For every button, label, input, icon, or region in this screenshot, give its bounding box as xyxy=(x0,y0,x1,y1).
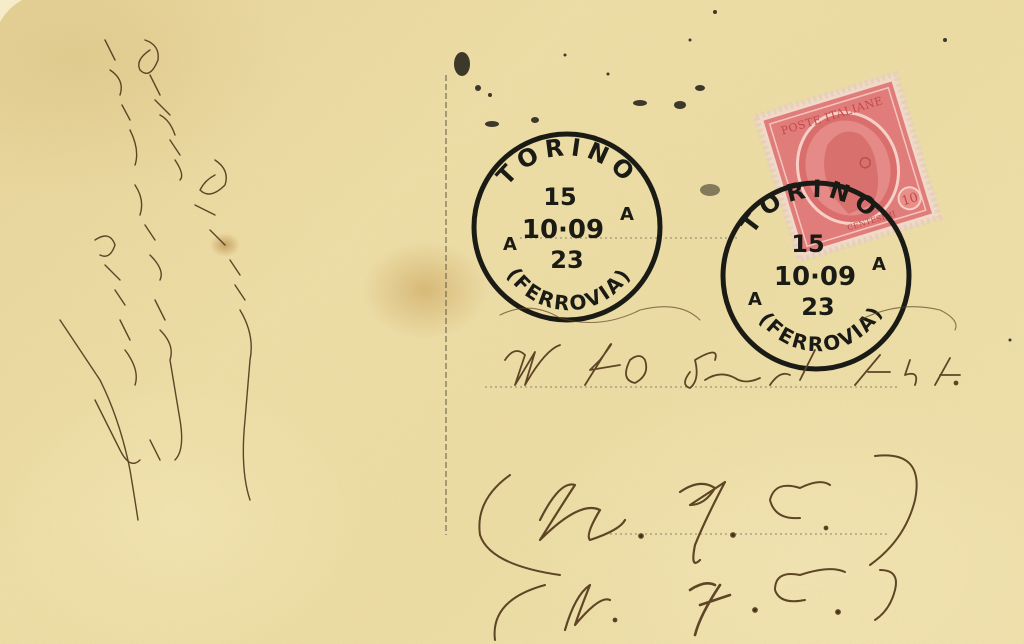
postcard-artwork: 10 POSTE ITALIANE CENTESIMI TORINO (FERR… xyxy=(0,0,1024,644)
postmark-series-right: A xyxy=(620,204,634,225)
postmark-hour: 15 xyxy=(543,183,576,211)
postmark-series-right: A xyxy=(872,254,886,275)
postmark-date: 10·09 xyxy=(522,215,604,245)
postmark-hour: 15 xyxy=(791,230,824,258)
postmark-series-left: A xyxy=(748,289,762,310)
postcard: 10 POSTE ITALIANE CENTESIMI TORINO (FERR… xyxy=(0,0,1024,644)
postmark-series-left: A xyxy=(503,234,517,255)
postmark-date: 10·09 xyxy=(774,262,856,292)
postmark-year: 23 xyxy=(550,246,583,274)
postmark-year: 23 xyxy=(801,293,834,321)
